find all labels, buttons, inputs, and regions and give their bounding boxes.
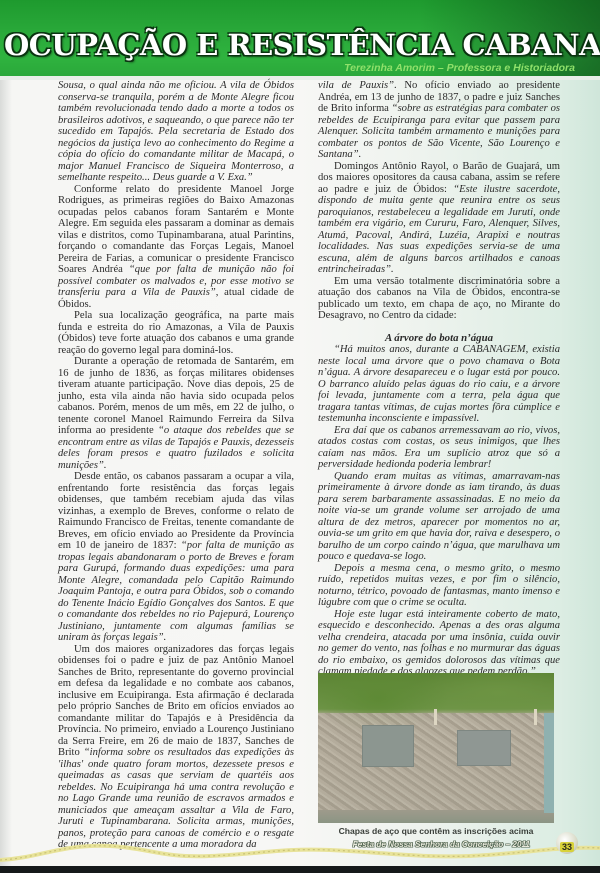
paragraph-text: Conforme relato do presidente Manoel Jor… xyxy=(58,184,294,276)
paragraph: Quando eram muitas as vítimas, amarravam… xyxy=(318,471,560,563)
paragraph-text: Um dos maiores organizadores das forças … xyxy=(58,644,294,759)
quote-text: “Este ilustre sacerdote, dispondo de mui… xyxy=(318,184,560,276)
paragraph: Desde então, os cabanos passaram a ocupa… xyxy=(58,471,294,644)
paragraph: vila de Pauxis”. No ofício enviado ao pr… xyxy=(318,80,560,161)
quote-text: Hoje este lugar está inteiramente cobert… xyxy=(318,609,560,678)
page-number-badge: 33 xyxy=(556,832,578,854)
steel-plate xyxy=(362,725,414,767)
quote-text: “Há muitos anos, durante a CABANAGEM, ex… xyxy=(318,344,560,424)
quote-text: vila de Pauxis” xyxy=(318,80,394,91)
quote-text: “informa sobre os resultados das expediç… xyxy=(58,747,294,850)
paragraph: Sousa, o qual ainda não me oficiou. A vi… xyxy=(58,80,294,184)
quote-text: Quando eram muitas as vítimas, amarravam… xyxy=(318,471,560,563)
paragraph: Era daí que os cabanos arremessavam ao r… xyxy=(318,425,560,471)
quote-text: Sousa, o qual ainda não me oficiou. A vi… xyxy=(58,80,294,183)
paragraph: Durante a operação de retomada de Santar… xyxy=(58,356,294,471)
page-title: OCUPAÇÃO E RESISTÊNCIA CABANA xyxy=(4,27,600,63)
magazine-page: OCUPAÇÃO E RESISTÊNCIA CABANA Terezinha … xyxy=(0,0,600,873)
paragraph: Hoje este lugar está inteiramente cobert… xyxy=(318,609,560,678)
figure-caption: Chapas de aço que contêm as inscrições a… xyxy=(318,826,554,836)
right-column: vila de Pauxis”. No ofício enviado ao pr… xyxy=(318,80,560,678)
paragraph-text: Durante a operação de retomada de Santar… xyxy=(58,356,294,436)
side-wall xyxy=(544,713,554,813)
paragraph: Em uma versão totalmente discriminatória… xyxy=(318,276,560,322)
wall-post xyxy=(434,709,437,725)
paragraph: Depois a mesma cena, o mesmo grito, o me… xyxy=(318,563,560,609)
paragraph: Pela sua localização geográfica, na part… xyxy=(58,310,294,356)
wall-post xyxy=(534,709,537,725)
figure-photo xyxy=(318,673,554,823)
bottom-edge xyxy=(0,866,600,873)
paragraph: Domingos Antônio Rayol, o Barão de Guaja… xyxy=(318,161,560,276)
section-subheading: A árvore do bota n’água xyxy=(318,333,560,345)
paragraph: Um dos maiores organizadores das forças … xyxy=(58,644,294,851)
paragraph: Conforme relato do presidente Manoel Jor… xyxy=(58,184,294,311)
paragraph-text: Desde então, os cabanos passaram a ocupa… xyxy=(58,471,294,551)
page-number: 33 xyxy=(560,842,574,852)
quote-text: “por falta de munição as tropas legais a… xyxy=(58,540,294,643)
author-byline: Terezinha Amorim – Professora e Historia… xyxy=(344,62,575,74)
quote-text: Era daí que os cabanos arremessavam ao r… xyxy=(318,425,560,471)
quote-text: Depois a mesma cena, o mesmo grito, o me… xyxy=(318,563,560,609)
paragraph: “Há muitos anos, durante a CABANAGEM, ex… xyxy=(318,344,560,425)
spacer xyxy=(318,322,560,333)
left-column: Sousa, o qual ainda não me oficiou. A vi… xyxy=(58,80,294,851)
steel-plate xyxy=(457,730,511,766)
publication-footer: Festa de Nossa Senhora da Conceição – 20… xyxy=(353,840,530,849)
